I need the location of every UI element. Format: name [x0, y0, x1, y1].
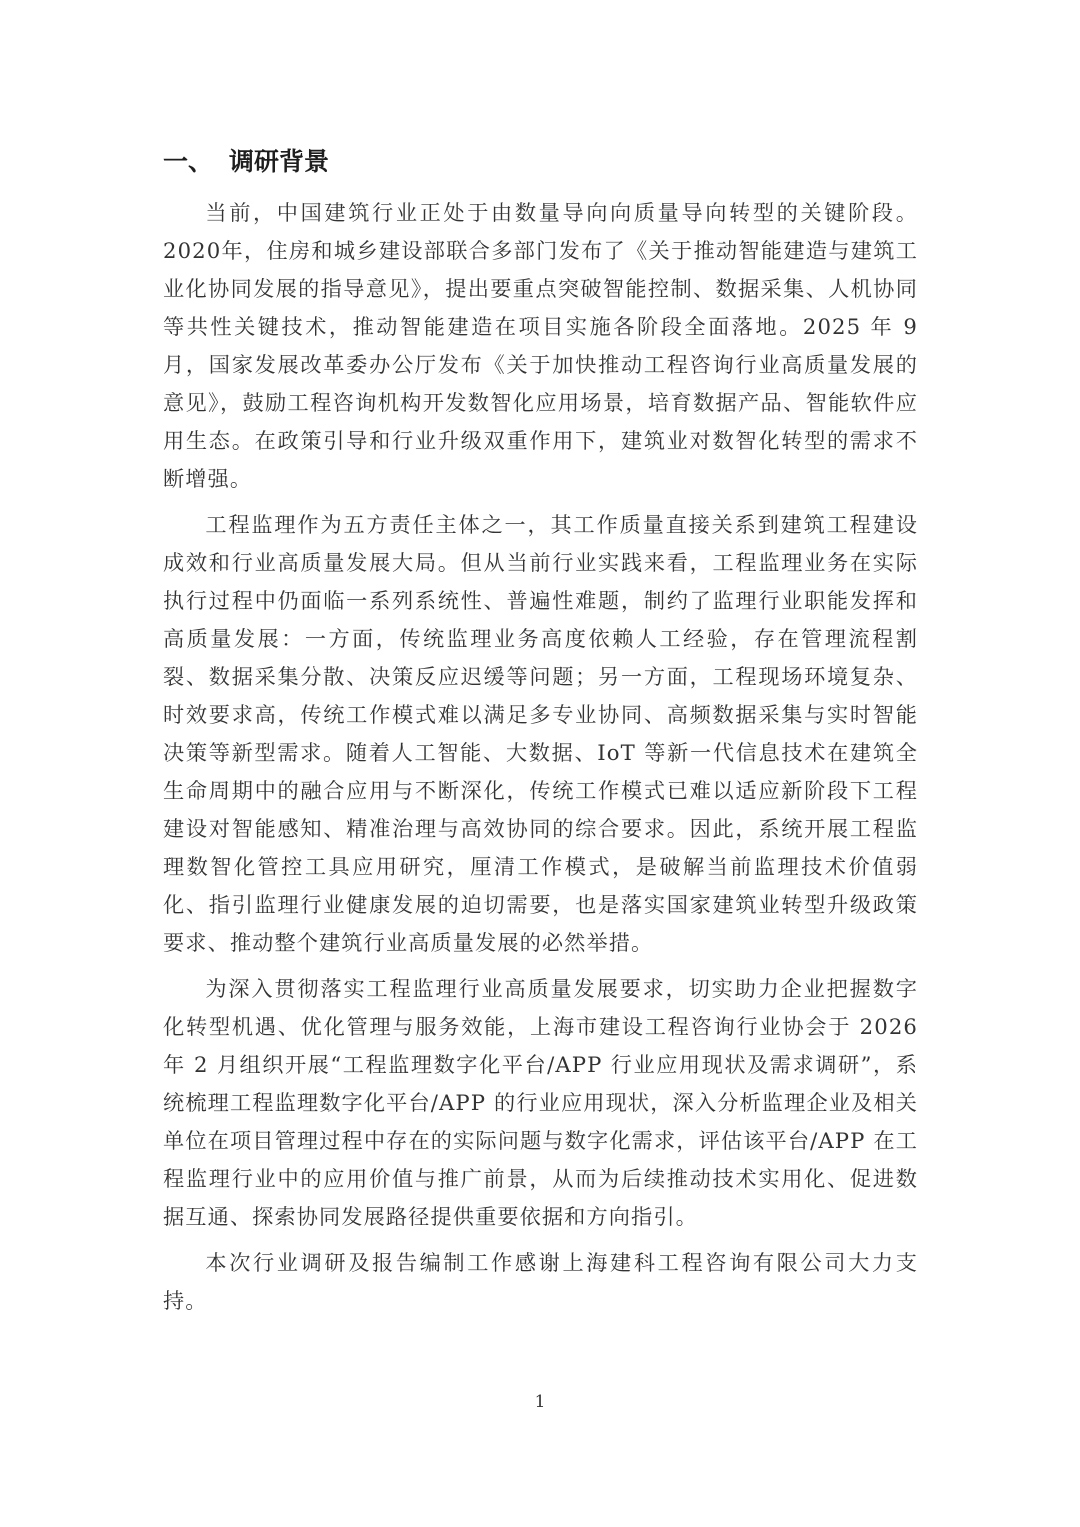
section-title: 调研背景: [229, 147, 329, 176]
document-page: 一、调研背景 当前，中国建筑行业正处于由数量导向向质量导向转型的关键阶段。202…: [0, 0, 1080, 1527]
paragraph-survey-purpose: 为深入贯彻落实工程监理行业高质量发展要求，切实助力企业把握数字化转型机遇、优化管…: [163, 970, 918, 1236]
page-content: 一、调研背景 当前，中国建筑行业正处于由数量导向向质量导向转型的关键阶段。202…: [163, 140, 918, 1320]
page-number: 1: [0, 1392, 1080, 1412]
paragraph-background: 当前，中国建筑行业正处于由数量导向向质量导向转型的关键阶段。2020年，住房和城…: [163, 194, 918, 498]
section-number: 一、: [163, 140, 229, 184]
paragraph-supervision-challenges: 工程监理作为五方责任主体之一，其工作质量直接关系到建筑工程建设成效和行业高质量发…: [163, 506, 918, 962]
section-heading: 一、调研背景: [163, 140, 918, 184]
paragraph-acknowledgement: 本次行业调研及报告编制工作感谢上海建科工程咨询有限公司大力支持。: [163, 1244, 918, 1320]
